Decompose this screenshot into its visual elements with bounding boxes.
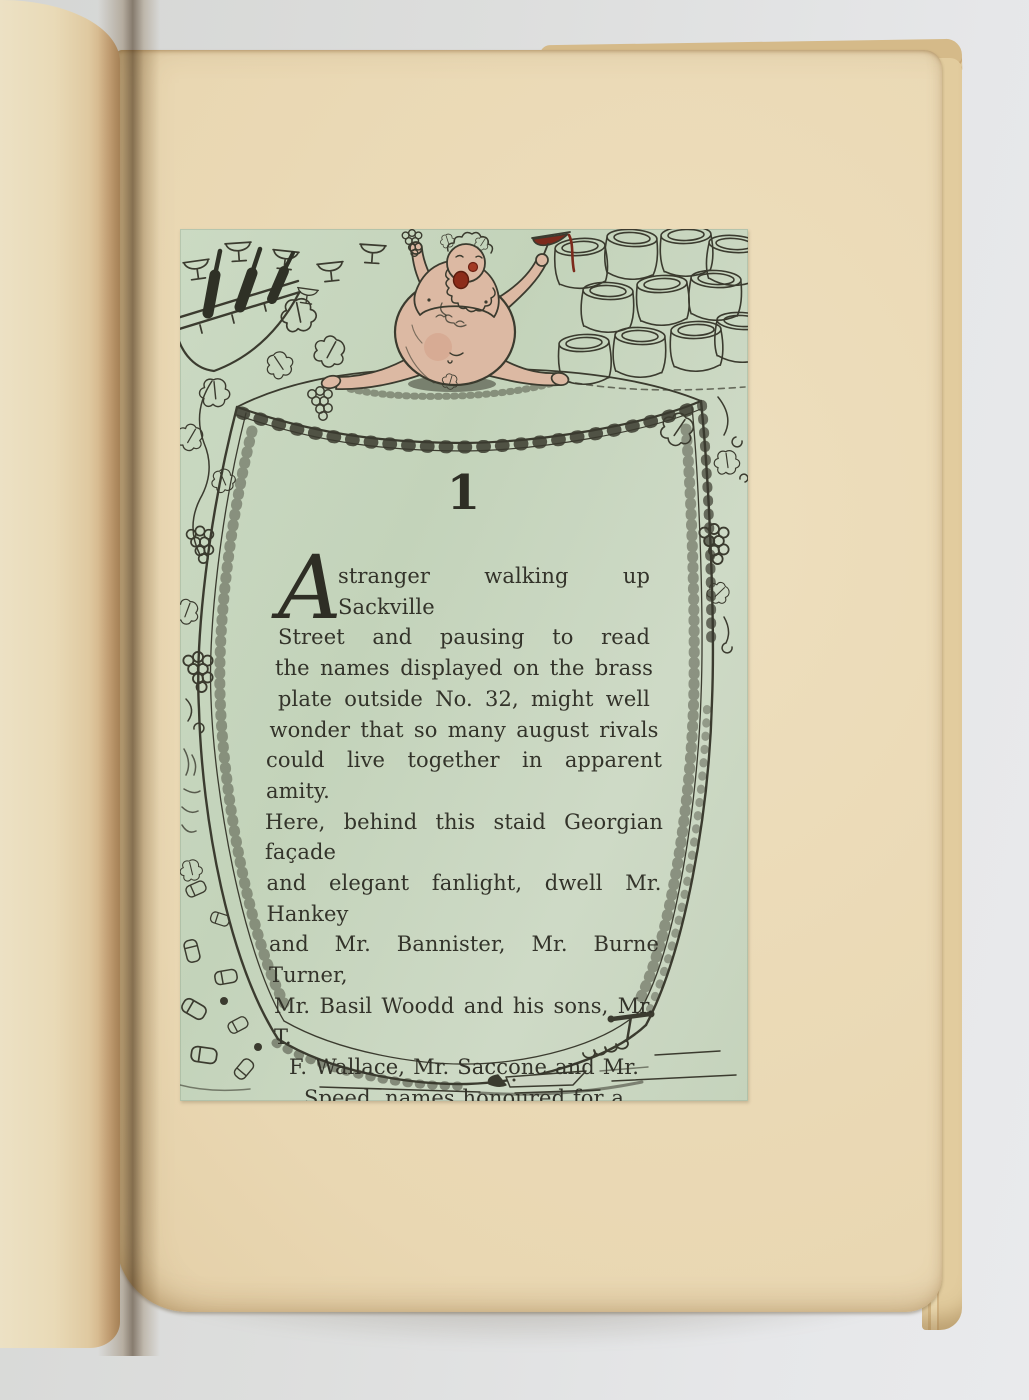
paragraph-line: Speed, names honoured for a	[304, 1083, 624, 1101]
paragraph-line: wonder that so many august rivals	[270, 715, 659, 746]
illustrated-plate: 1 A stranger walking up Sackville Street…	[180, 229, 748, 1101]
bacchus-figure	[320, 230, 569, 397]
paragraph-line: and Mr. Bannister, Mr. Burne Turner,	[269, 929, 659, 990]
paragraph-line: the names displayed on the brass	[275, 653, 653, 684]
paragraph-line: could live together in apparent amity.	[266, 745, 662, 806]
drop-cap: A	[278, 557, 338, 619]
paragraph-line: Mr. Basil Woodd and his sons, Mr. T.	[274, 991, 654, 1052]
chapter-number: 1	[180, 465, 748, 521]
barrel-stack	[553, 229, 748, 390]
paragraph-line: and elegant fanlight, dwell Mr. Hankey	[267, 868, 662, 929]
book-photograph: 1 A stranger walking up Sackville Street…	[0, 0, 1029, 1400]
paragraph: A stranger walking up Sackville Street a…	[180, 561, 748, 1101]
paragraph-line: plate outside No. 32, might well	[278, 684, 650, 715]
paragraph-line: F. Wallace, Mr. Saccone and Mr.	[289, 1052, 639, 1083]
paragraph-line: Here, behind this staid Georgian façade	[265, 807, 663, 868]
paragraph-line: Street and pausing to read	[278, 622, 650, 653]
paragraph-opening: A stranger walking up Sackville Street a…	[278, 561, 650, 653]
book-gutter	[98, 0, 160, 1356]
